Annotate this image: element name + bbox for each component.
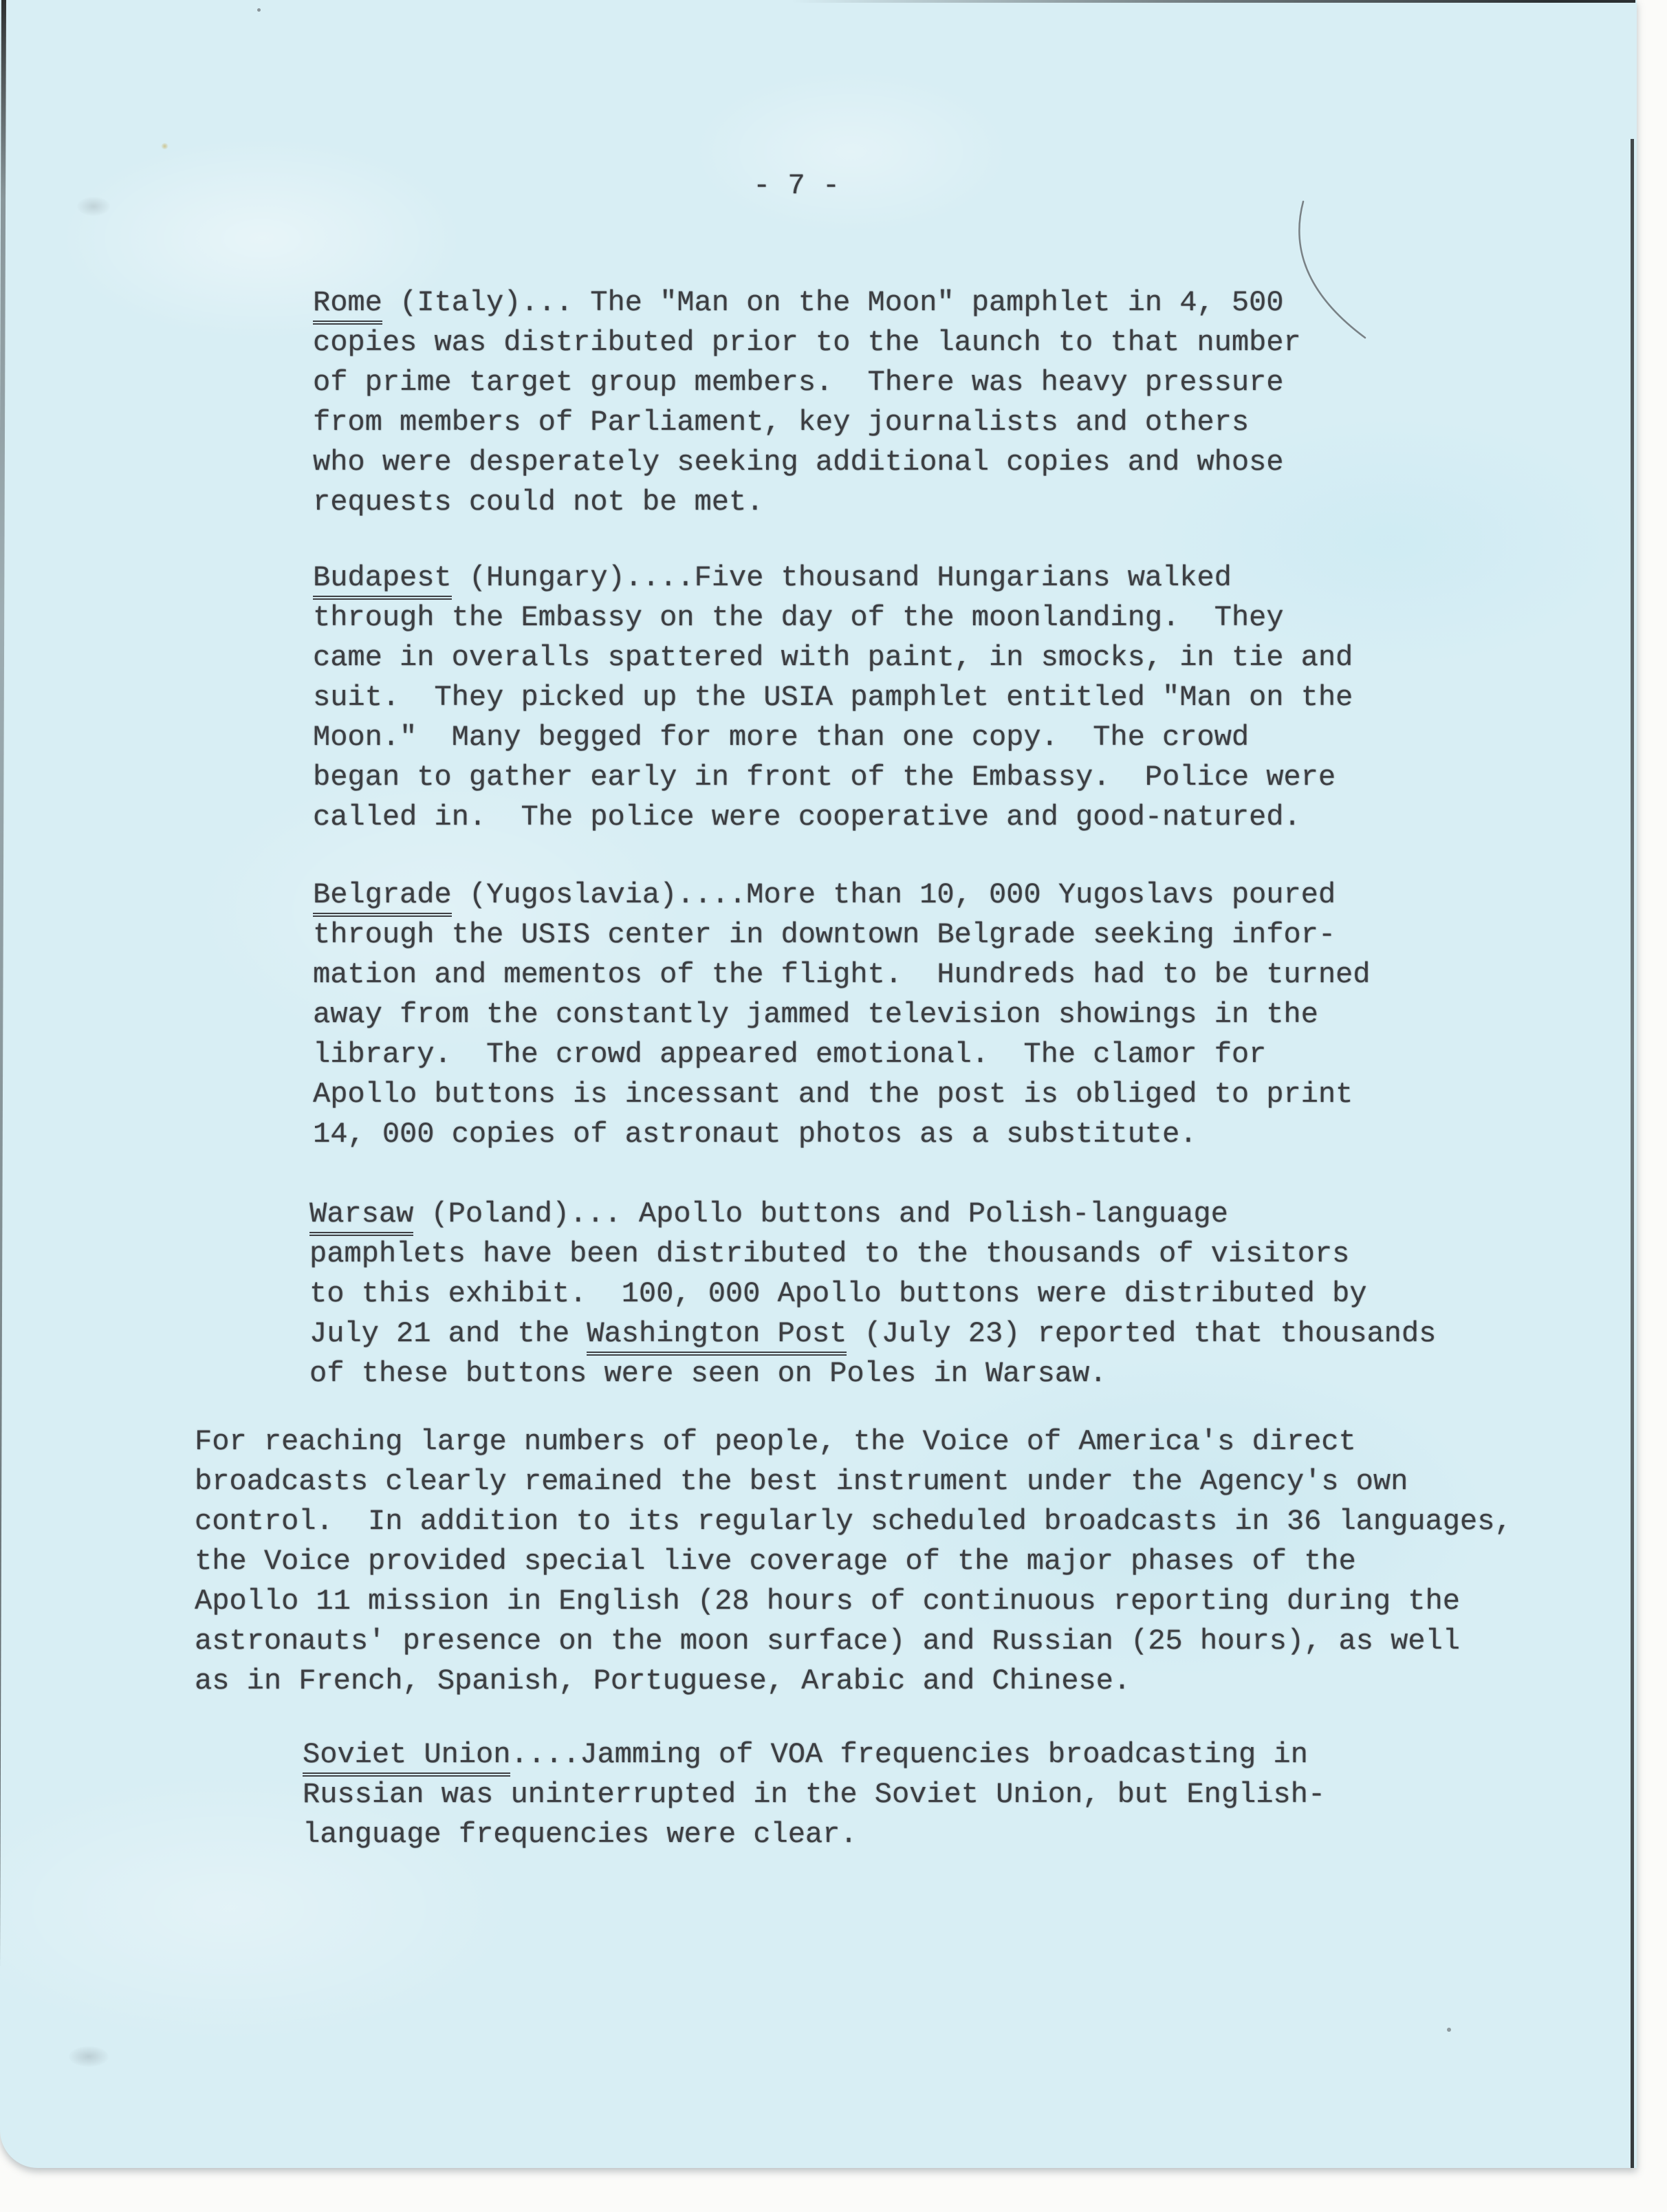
text-run: ....Jamming of VOA frequencies broadcast… (510, 1738, 1307, 1771)
text-line: control. In addition to its regularly sc… (195, 1501, 1512, 1541)
text-line: Belgrade (Yugoslavia)....More than 10, 0… (313, 875, 1370, 915)
paragraph-voa: For reaching large numbers of people, th… (195, 1422, 1512, 1701)
text-line: through the USIS center in downtown Belg… (313, 915, 1370, 955)
text-line: Apollo buttons is incessant and the post… (313, 1074, 1370, 1114)
text-line: Soviet Union....Jamming of VOA frequenci… (303, 1735, 1325, 1775)
page-number: - 7 - (753, 166, 840, 206)
text-line: called in. The police were cooperative a… (313, 797, 1353, 837)
text-line: began to gather early in front of the Em… (313, 757, 1353, 797)
text-line: Budapest (Hungary)....Five thousand Hung… (313, 558, 1353, 598)
text-line: came in overalls spattered with paint, i… (313, 638, 1353, 677)
paragraph-belgrade: Belgrade (Yugoslavia)....More than 10, 0… (313, 875, 1370, 1154)
text-line: mation and mementos of the flight. Hundr… (313, 955, 1370, 995)
text-line: library. The crowd appeared emotional. T… (313, 1034, 1370, 1074)
washington-post-underlined: Washington Post (587, 1317, 847, 1356)
budapest-underlined-heading: Budapest (313, 561, 452, 600)
text-line: of prime target group members. There was… (313, 362, 1301, 402)
text-line: broadcasts clearly remained the best ins… (195, 1462, 1512, 1501)
paper-smudge (77, 197, 110, 216)
text-line: requests could not be met. (313, 482, 1301, 522)
text-line: Rome (Italy)... The "Man on the Moon" pa… (313, 283, 1301, 323)
text-run: (Italy)... The "Man on the Moon" pamphle… (382, 286, 1284, 319)
text-run: (Hungary)....Five thousand Hungarians wa… (452, 561, 1232, 594)
text-line: of these buttons were seen on Poles in W… (309, 1354, 1436, 1394)
paragraph-budapest: Budapest (Hungary)....Five thousand Hung… (313, 558, 1353, 837)
text-line: away from the constantly jammed televisi… (313, 995, 1370, 1034)
paper-speck (1447, 2028, 1451, 2032)
belgrade-underlined-heading: Belgrade (313, 878, 452, 917)
text-line: 14, 000 copies of astronaut photos as a … (313, 1114, 1370, 1154)
paragraph-rome: Rome (Italy)... The "Man on the Moon" pa… (313, 283, 1301, 522)
text-line: language frequencies were clear. (303, 1814, 1325, 1854)
paper-speck (161, 143, 168, 149)
text-line: Apollo 11 mission in English (28 hours o… (195, 1581, 1512, 1621)
paper-smudge (69, 2046, 109, 2067)
paper-speck (257, 8, 261, 12)
text-line: the Voice provided special live coverage… (195, 1541, 1512, 1581)
soviet-union-underlined-heading: Soviet Union (303, 1738, 510, 1777)
text-line: suit. They picked up the USIA pamphlet e… (313, 677, 1353, 717)
warsaw-underlined-heading: Warsaw (309, 1197, 413, 1236)
text-run: (Poland)... Apollo buttons and Polish-la… (413, 1197, 1228, 1230)
text-run: (July 23) reported that thousands (847, 1317, 1436, 1350)
text-run: July 21 and the (309, 1317, 587, 1350)
text-line: Warsaw (Poland)... Apollo buttons and Po… (309, 1194, 1436, 1234)
text-line: Moon." Many begged for more than one cop… (313, 717, 1353, 757)
hair-scratch-mark (1272, 191, 1389, 349)
paragraph-warsaw: Warsaw (Poland)... Apollo buttons and Po… (309, 1194, 1436, 1394)
text-line: as in French, Spanish, Portuguese, Arabi… (195, 1661, 1512, 1701)
text-line: to this exhibit. 100, 000 Apollo buttons… (309, 1274, 1436, 1314)
paragraph-soviet-union: Soviet Union....Jamming of VOA frequenci… (303, 1735, 1325, 1854)
text-line: Russian was uninterrupted in the Soviet … (303, 1775, 1325, 1814)
text-line: who were desperately seeking additional … (313, 442, 1301, 482)
scanner-edge-right-line (1631, 139, 1634, 2168)
text-run: (Yugoslavia)....More than 10, 000 Yugosl… (452, 878, 1336, 911)
scanner-edge-top-line (791, 0, 1635, 3)
text-line: pamphlets have been distributed to the t… (309, 1234, 1436, 1274)
rome-underlined-heading: Rome (313, 286, 382, 325)
text-line: from members of Parliament, key journali… (313, 402, 1301, 442)
text-line: For reaching large numbers of people, th… (195, 1422, 1512, 1462)
text-line: astronauts' presence on the moon surface… (195, 1621, 1512, 1661)
page-number-text: - 7 - (753, 166, 840, 206)
text-line: copies was distributed prior to the laun… (313, 323, 1301, 362)
text-line: July 21 and the Washington Post (July 23… (309, 1314, 1436, 1354)
text-line: through the Embassy on the day of the mo… (313, 598, 1353, 638)
scanned-document: - 7 - Rome (Italy)... The "Man on the Mo… (0, 0, 1667, 2212)
